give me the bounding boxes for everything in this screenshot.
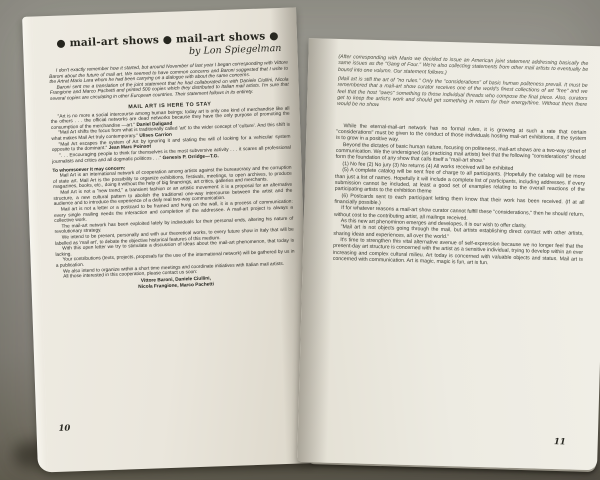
left-page-content: ● mail-art shows ● mail-art shows ● by L… (48, 30, 296, 294)
right-page-content: (After corresponding with Mario we decid… (333, 54, 589, 269)
quote-attribution: Genesis P. Orridge—T.G. (163, 154, 219, 161)
left-page: ● mail-art shows ● mail-art shows ● by L… (22, 7, 312, 472)
book-photo: ● mail-art shows ● mail-art shows ● by L… (0, 0, 600, 480)
page-number-right: 11 (554, 437, 566, 447)
left-page-fore-edge (22, 17, 48, 473)
page-number-left: 10 (58, 423, 70, 433)
right-page: (After corresponding with Mario we decid… (297, 38, 600, 470)
